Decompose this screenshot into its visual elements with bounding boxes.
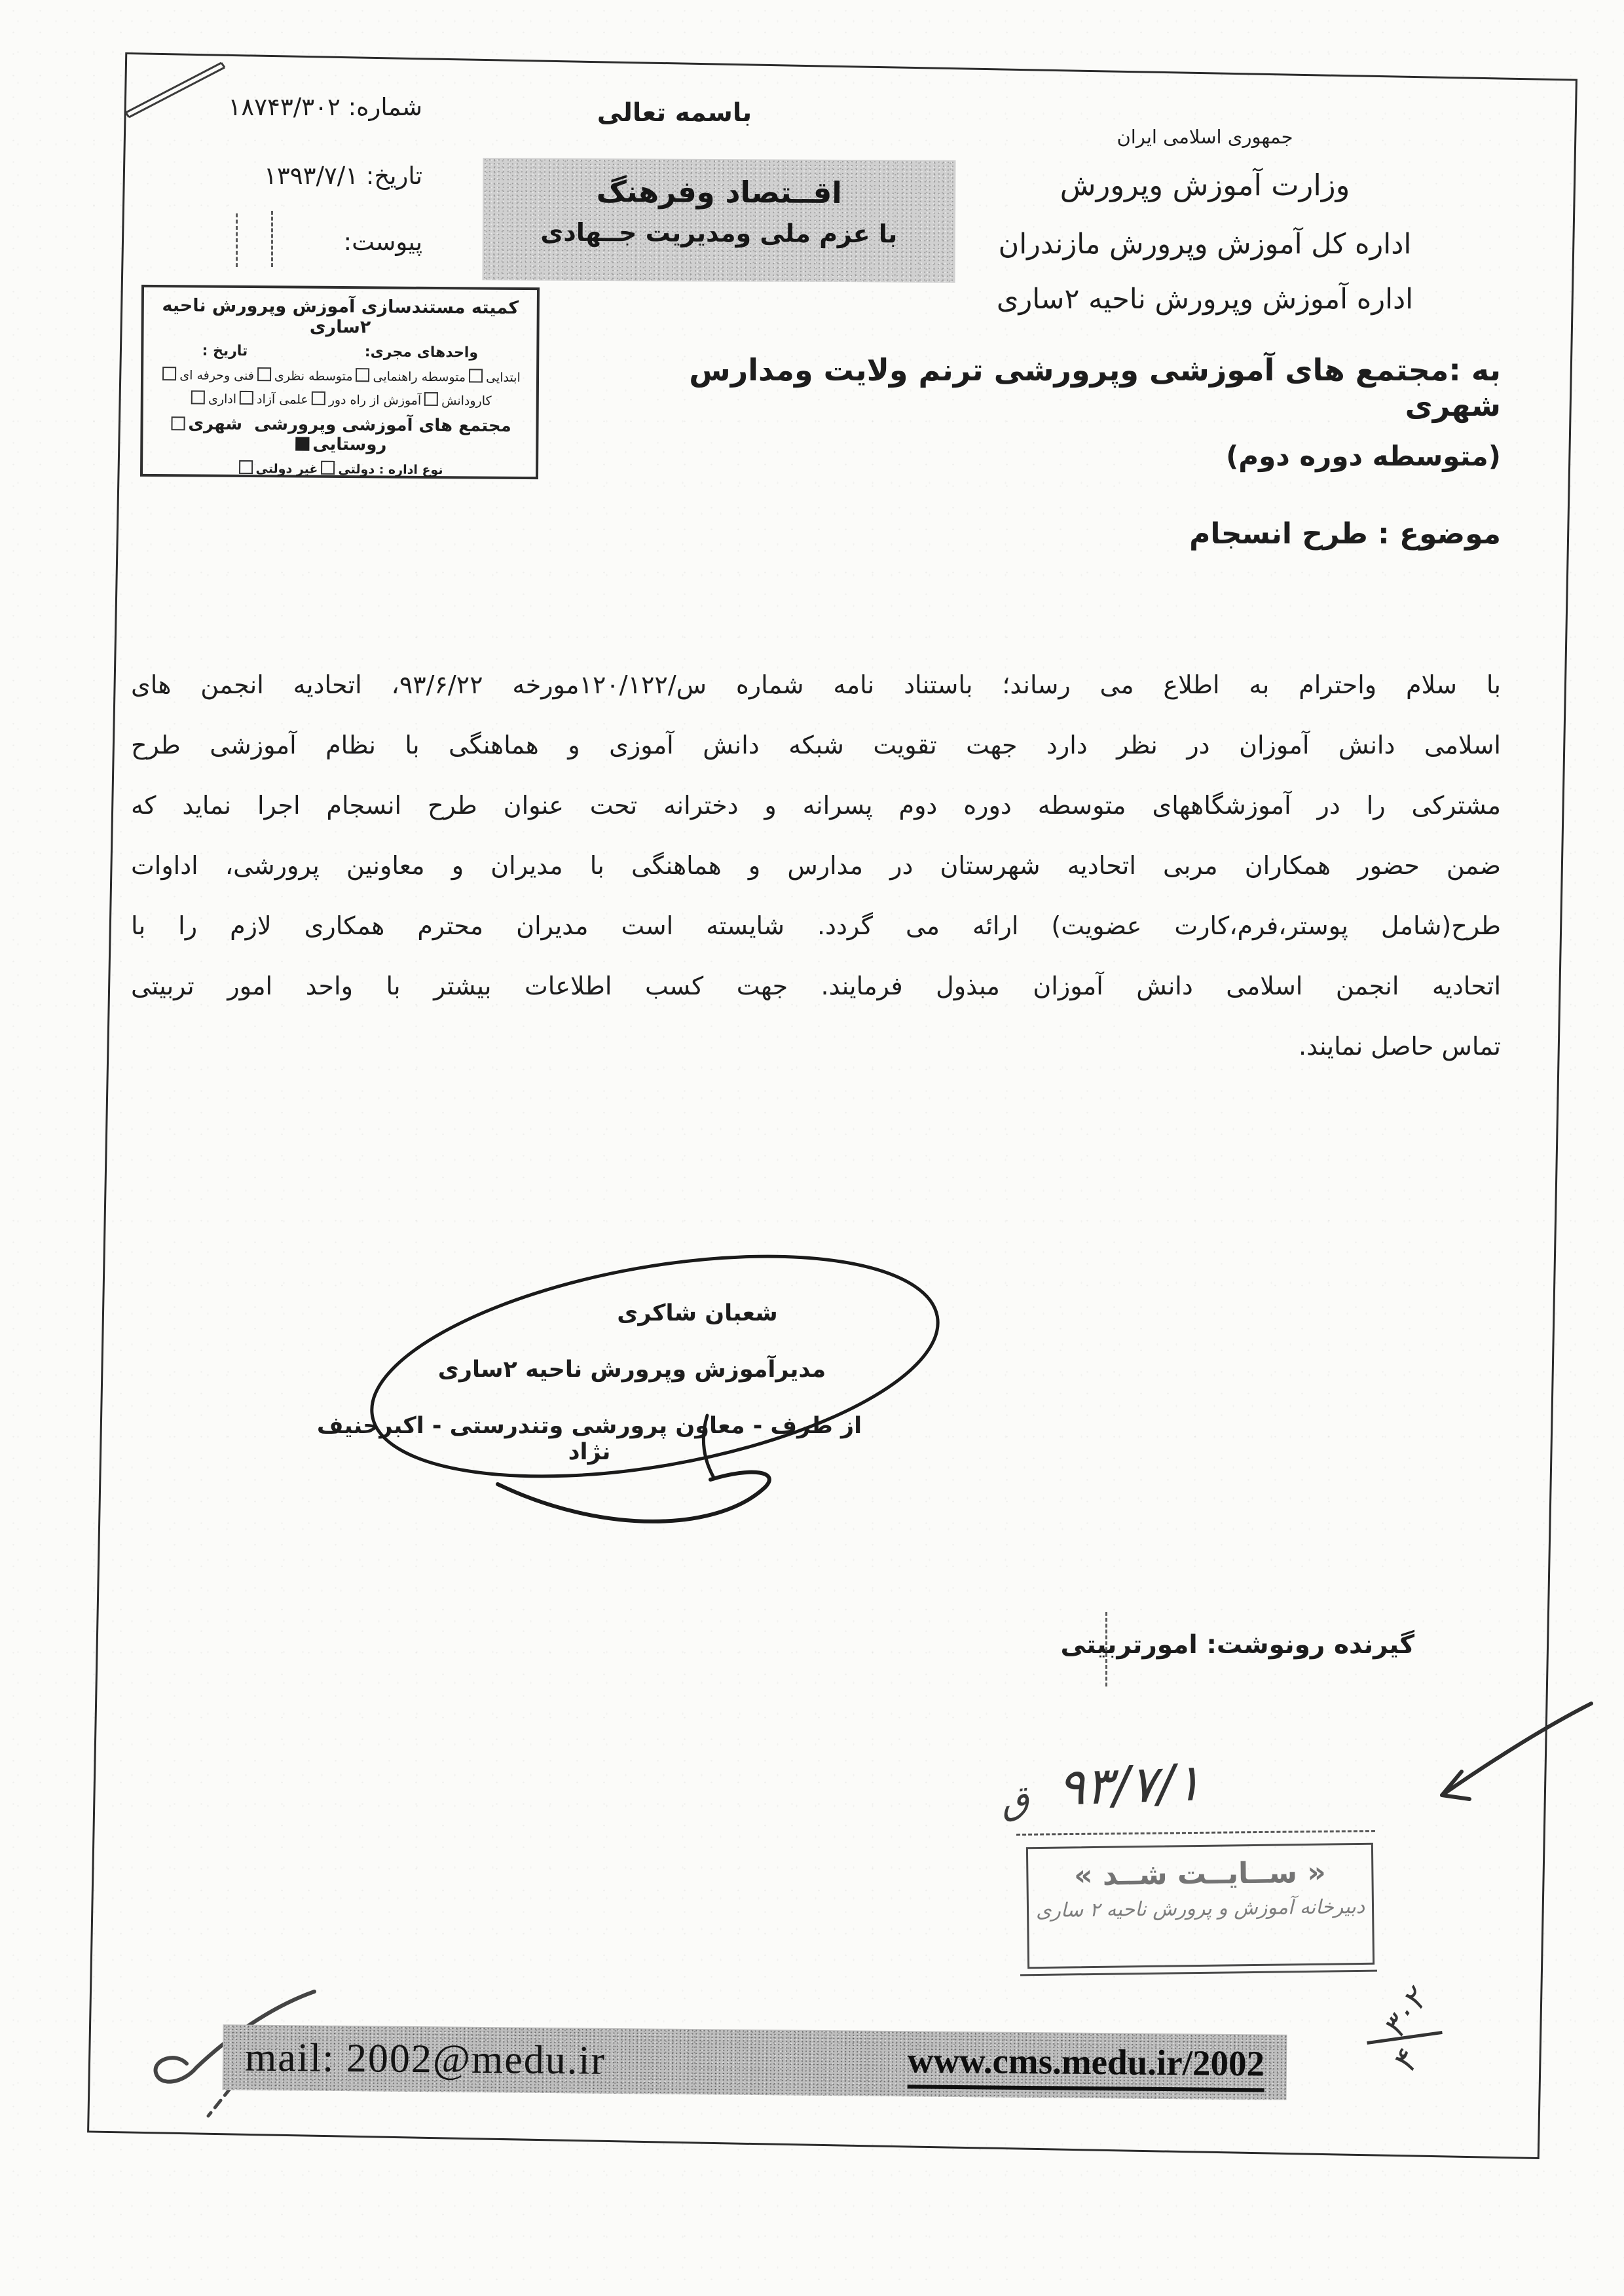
checkbox-nazari [257, 367, 271, 381]
handwritten-arrow [1401, 1696, 1598, 1820]
footer-band: mail: 2002@medu.ir www.cms.medu.ir/2002 [223, 2024, 1287, 2100]
units-label: واحدهای مجری: [365, 344, 478, 361]
body-line-7: تماس حاصل نمایند. [131, 1016, 1501, 1076]
slogan-line-2: با عزم ملی ومدیریت جــهادی [483, 208, 955, 249]
slogan-box: اقــتصاد وفرهنگ با عزم ملی ومدیریت جــها… [483, 158, 956, 283]
checkbox-ebtedaei [469, 369, 483, 382]
option-gheyredolati: غیر دولتی [256, 462, 318, 477]
body-line-5: طرح(شامل پوستر،فرم،کارت عضویت) ارائه می … [131, 896, 1501, 956]
body-line-6: اتحادیه انجمن اسلامی دانش آموزان مبذول ف… [131, 956, 1501, 1016]
handwritten-date: ۹۳/۷/۱ [1056, 1753, 1202, 1817]
unit-rahnamaei: متوسطه راهنمایی [373, 369, 466, 384]
checkbox-dolati [321, 461, 335, 475]
scanned-letter-page: شماره: ۱۸۷۴۳/۳۰۲ تاریخ: ۱۳۹۳/۷/۱ پیوست: … [0, 0, 1624, 2296]
letter-body: با سلام واحترام به اطلاع می رساند؛ باستن… [131, 655, 1501, 1076]
org-province-line: اداره کل آموزش وپرورش مازندران [950, 228, 1460, 261]
slogan-line-1: اقــتصاد وفرهنگ [483, 158, 955, 211]
committee-title: کمیته مستندسازی آموزش وپرورش ناحیه ۲ساری [143, 287, 537, 338]
unit-edari: اداری [208, 392, 236, 407]
office-type-label: نوع اداره : [375, 462, 443, 477]
besmele-text: باسمه تعالی [544, 98, 805, 128]
option-dolati: دولتی [338, 462, 375, 477]
documentation-committee-box: کمیته مستندسازی آموزش وپرورش ناحیه ۲ساری… [140, 285, 540, 479]
unit-elmiazad: علمی آزاد [257, 392, 308, 407]
body-line-4: ضمن حضور همکاران مربی اتحادیه شهرستان در… [131, 835, 1501, 896]
units-row-1: ابتداییمتوسطه راهنماییمتوسطه نظریفنی وحر… [143, 359, 536, 385]
checkbox-gheyredolati [239, 460, 253, 474]
signature-ellipse [341, 1252, 982, 1540]
checkbox-kardanesh [424, 392, 438, 406]
option-shahri: شهری [188, 414, 242, 434]
copy-receiver-line: گیرنده رونوشت: امورتربیتی [1048, 1630, 1414, 1660]
org-country-line: جمهوری اسلامی ایران [950, 126, 1460, 148]
copy-receiver-dash-line [1105, 1612, 1107, 1686]
body-line-3: مشترکی را در آموزشگاههای متوسطه دوره دوم… [131, 775, 1501, 835]
org-ministry-line: وزارت آموزش وپرورش [950, 168, 1460, 202]
checkbox-fanni [162, 367, 176, 380]
site-stamp-box: « ســایــت شــد » دبیرخانه آموزش و پرورش… [1026, 1843, 1375, 1969]
checkbox-rahnamaei [356, 368, 369, 382]
attachment-dash-line-1 [236, 213, 238, 267]
checkbox-elmiazad [240, 391, 253, 405]
subject-line: موضوع : طرح انسجام [642, 517, 1501, 551]
letter-number-field: شماره: ۱۸۷۴۳/۳۰۲ [154, 93, 422, 121]
checkbox-roostaei-checked [295, 437, 309, 451]
units-row-2: کارودانشآموزش از راه دورعلمی آزاداداری [143, 382, 536, 409]
checkbox-shahri [171, 416, 185, 430]
footer-mail-text: mail: 2002@medu.ir [245, 2034, 606, 2084]
body-line-2: اسلامی دانش آموزان در نظر دارد جهت تقویت… [131, 715, 1501, 775]
complex-label: مجتمع های آموزشی وپرورشی [254, 414, 511, 436]
committee-date-label: تاریخ : [202, 343, 248, 359]
attachment-field: پیوست: [154, 228, 422, 256]
recipient-line: به :مجتمع های آموزشی وپرورشی ترنم ولایت … [642, 352, 1501, 423]
option-roostaei: روستایی [312, 435, 386, 455]
org-district-line: اداره آموزش وپرورش ناحیه ۲ساری [950, 283, 1460, 316]
stamp-line-1: « ســایــت شــد » [1028, 1845, 1372, 1893]
attachment-dash-line-2 [271, 211, 273, 267]
unit-ebtedaei: ابتدایی [486, 371, 521, 385]
unit-nazari: متوسطه نظری [274, 369, 353, 384]
recipient-sub-line: (متوسطه دوره دوم) [642, 440, 1501, 472]
handwritten-flourish: ق [998, 1777, 1032, 1823]
letter-date-field: تاریخ: ۱۳۹۳/۷/۱ [154, 162, 422, 190]
body-line-1: با سلام واحترام به اطلاع می رساند؛ باستن… [131, 655, 1501, 715]
checkbox-edari [191, 390, 205, 404]
complex-row: مجتمع های آموزشی وپرورشی شهریروستایی [143, 406, 536, 456]
committee-sub-row: واحدهای مجری: تاریخ : [143, 336, 536, 361]
unit-rahedoor: آموزش از راه دور [329, 393, 422, 408]
page-fraction: ۳۰۲ ۴ [1359, 1995, 1450, 2081]
footer-site-text: www.cms.medu.ir/2002 [907, 2039, 1264, 2092]
unit-fanni: فنی وحرفه ای [179, 368, 254, 383]
checkbox-rahedoor [312, 392, 325, 405]
stamp-line-2: دبیرخانه آموزش و پرورش ناحیه ۲ ساری [1029, 1889, 1373, 1922]
unit-kardanesh: کارودانش [441, 393, 492, 409]
office-type-row: نوع اداره : دولتیغیر دولتی [143, 453, 536, 478]
